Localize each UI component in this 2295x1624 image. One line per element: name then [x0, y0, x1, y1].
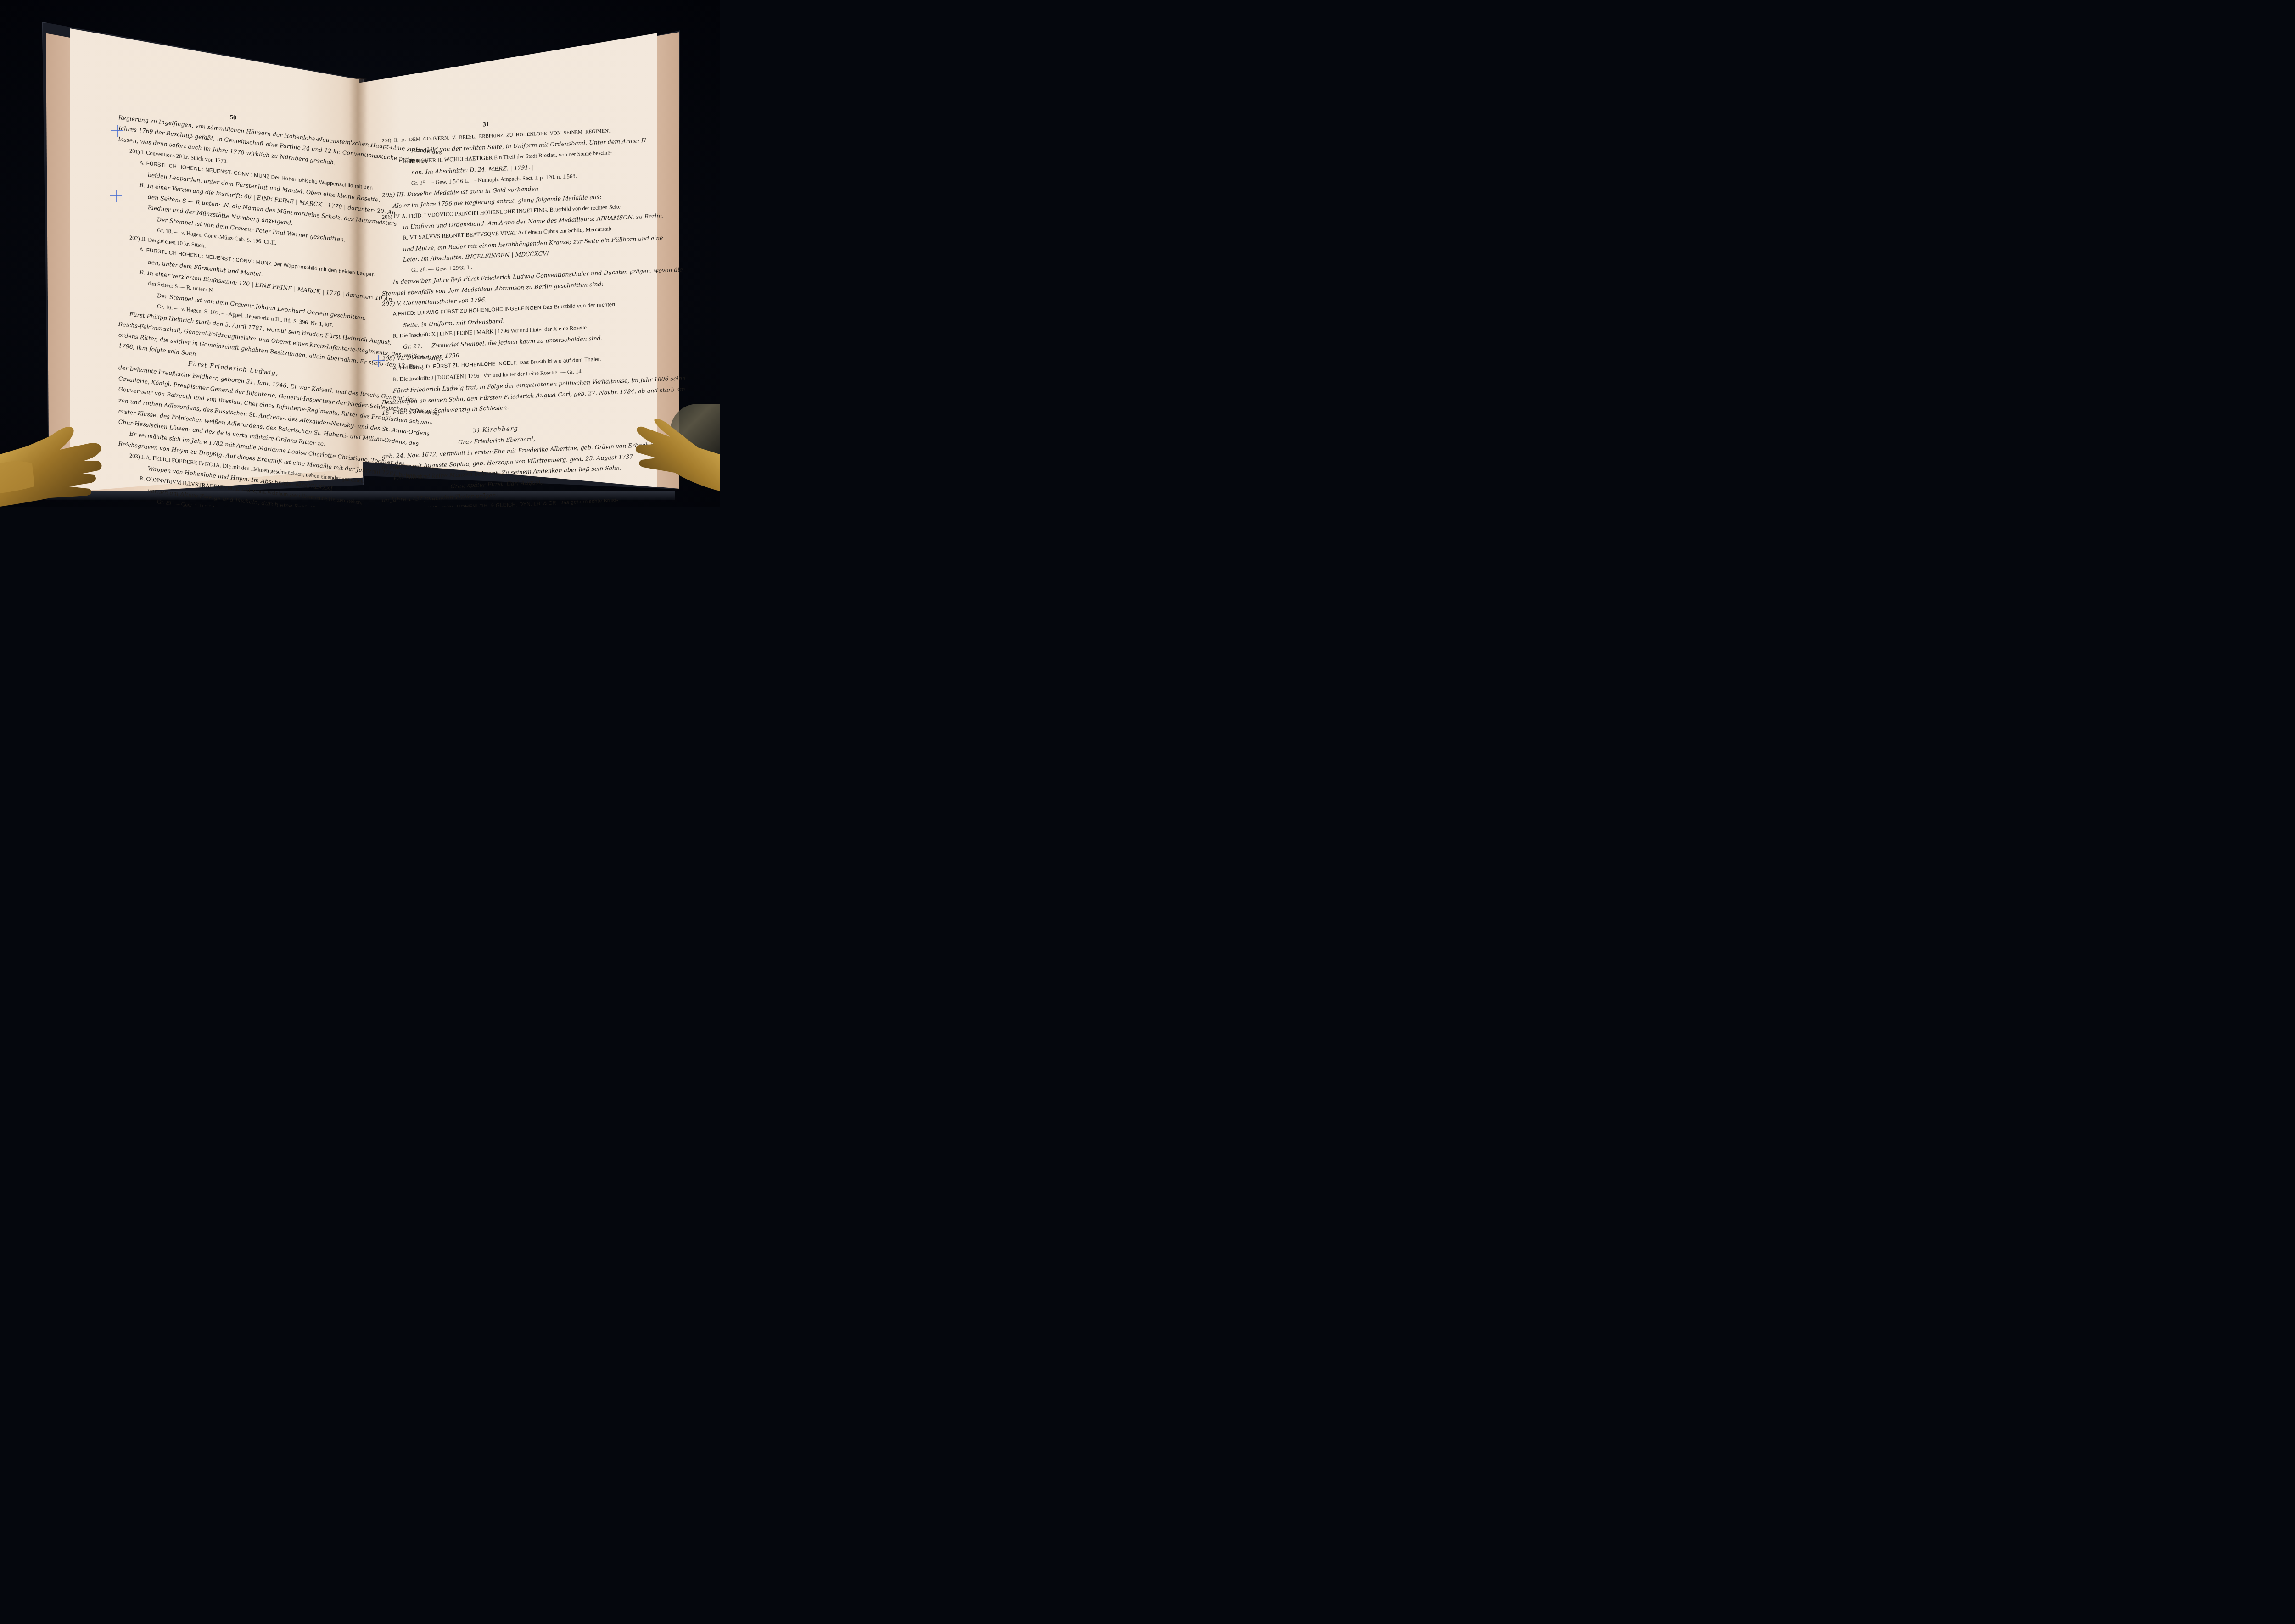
- book-gutter: [349, 78, 367, 436]
- pencil-plus-mark-icon: [110, 190, 122, 202]
- photo-background: 50 Regierung zu Ingelfingen, von sämmtli…: [0, 0, 720, 507]
- brass-hand-stand-left-icon: [0, 418, 106, 507]
- left-page-text: 50 Regierung zu Ingelfingen, von sämmtli…: [118, 100, 348, 507]
- right-page-text: 31 204) II. A. DEM GOUVERN. V. BRESL. ER…: [382, 114, 611, 507]
- pencil-plus-mark-icon: [373, 355, 385, 367]
- pencil-plus-mark-icon: [111, 125, 123, 137]
- brass-hand-stand-right-icon: [633, 404, 720, 507]
